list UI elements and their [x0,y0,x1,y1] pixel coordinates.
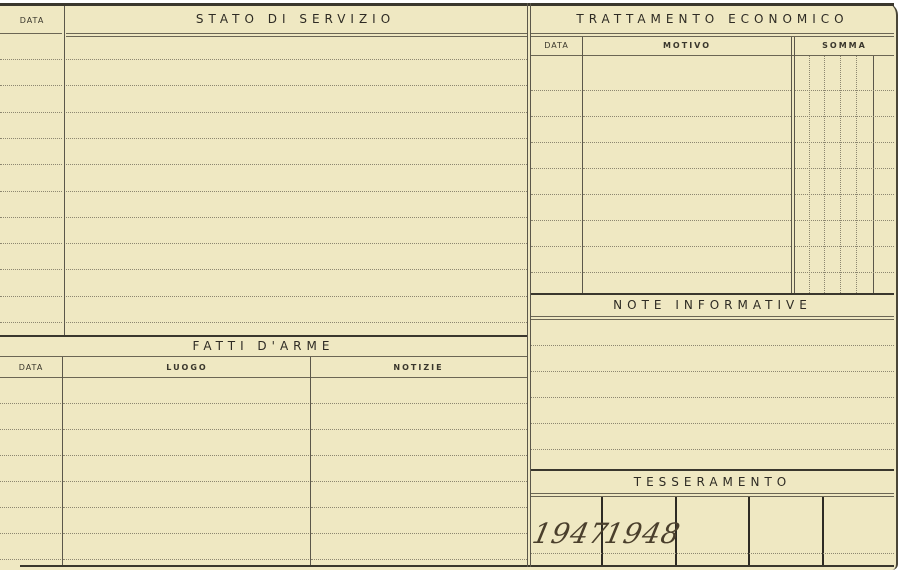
top-border [0,3,894,6]
stato-di-servizio-title: STATO DI SERVIZIO [64,12,527,26]
note-informative-title: NOTE INFORMATIVE [531,298,894,312]
stato-data-field[interactable] [0,37,64,335]
tesseramento-cell-1[interactable]: 1947 [531,497,601,565]
tesseramento-year-1: 1947 [529,517,611,550]
bottom-border [20,565,894,567]
tesseramento-cell-2[interactable]: 1948 [603,497,675,565]
trattamento-data-field[interactable] [531,56,582,293]
note-bottom-rule [531,469,894,471]
fatti-luogo-field[interactable] [63,378,310,564]
trattamento-header-rule [531,33,894,34]
trattamento-header-rule [531,36,894,37]
trattamento-motivo-header: MOTIVO [582,41,792,50]
trattamento-somma-field[interactable] [795,56,894,293]
service-record-card: STATO DI SERVIZIO DATA FATTI D'ARME DATA… [0,3,898,570]
stato-entries-field[interactable] [65,37,527,335]
fatti-header-rule [0,356,527,357]
center-divider [527,3,528,567]
tesseramento-header-rule [531,493,894,494]
fatti-data-field[interactable] [0,378,62,564]
trattamento-somma-header: SOMMA [795,41,894,50]
tesseramento-cell-4[interactable] [750,497,822,565]
fatti-d-arme-title: FATTI D'ARME [0,339,527,353]
trattamento-bottom-rule [531,293,894,295]
fatti-data-header: DATA [0,363,62,372]
note-header-rule [531,316,894,317]
stato-data-header: DATA [0,16,64,25]
trattamento-motivo-divider [791,37,792,293]
trattamento-title: TRATTAMENTO ECONOMICO [531,12,894,26]
tesseramento-title: TESSERAMENTO [531,475,894,489]
trattamento-motivo-field[interactable] [583,56,791,293]
tesseramento-cell-5[interactable] [824,497,894,565]
stato-header-rule [66,33,527,34]
trattamento-data-header: DATA [531,41,582,50]
tesseramento-year-2: 1948 [601,517,683,550]
fatti-notizie-header: NOTIZIE [310,363,527,372]
note-informative-field[interactable] [531,320,894,469]
stato-header-rule [0,33,62,34]
fatti-notizie-field[interactable] [311,378,527,564]
fatti-luogo-header: LUOGO [64,363,310,372]
stato-bottom-rule [0,335,527,337]
tesseramento-cell-3[interactable] [677,497,748,565]
